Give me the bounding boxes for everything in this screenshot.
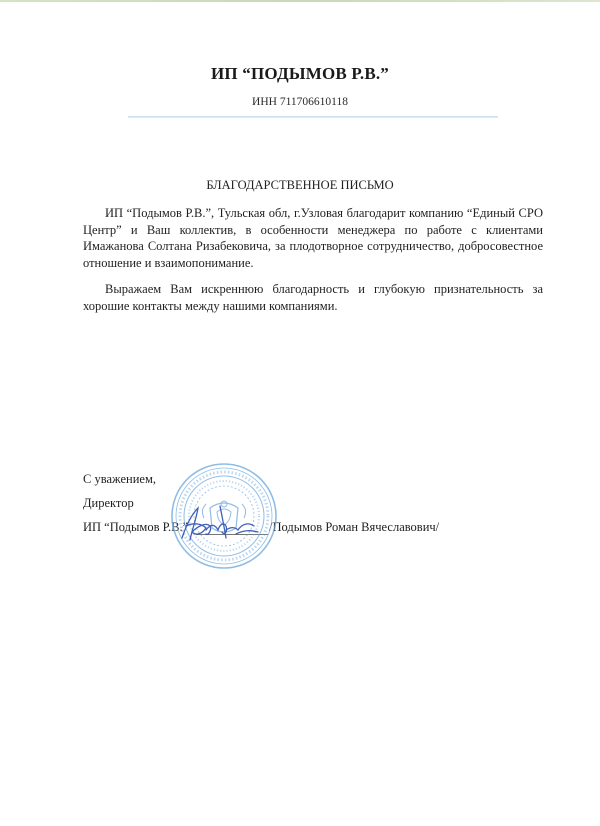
handwritten-signature-icon <box>176 500 266 546</box>
closing-regards: С уважением, <box>83 472 156 487</box>
company-name: ИП “ПОДЫМОВ Р.В.” <box>0 64 600 84</box>
inn-number: ИНН 711706610118 <box>0 96 600 108</box>
signer-position: Директор <box>83 496 134 511</box>
letter-title: БЛАГОДАРСТВЕННОЕ ПИСЬМО <box>0 178 600 193</box>
header-divider <box>128 116 498 118</box>
letter-paragraph-2: Выражаем Вам искреннюю благодарность и г… <box>83 281 543 314</box>
page-top-edge <box>0 0 600 2</box>
signer-name: /Подымов Роман Вячеславович/ <box>269 520 439 535</box>
letter-paragraph-1: ИП “Подымов Р.В.”, Тульская обл, г.Узлов… <box>83 205 543 271</box>
